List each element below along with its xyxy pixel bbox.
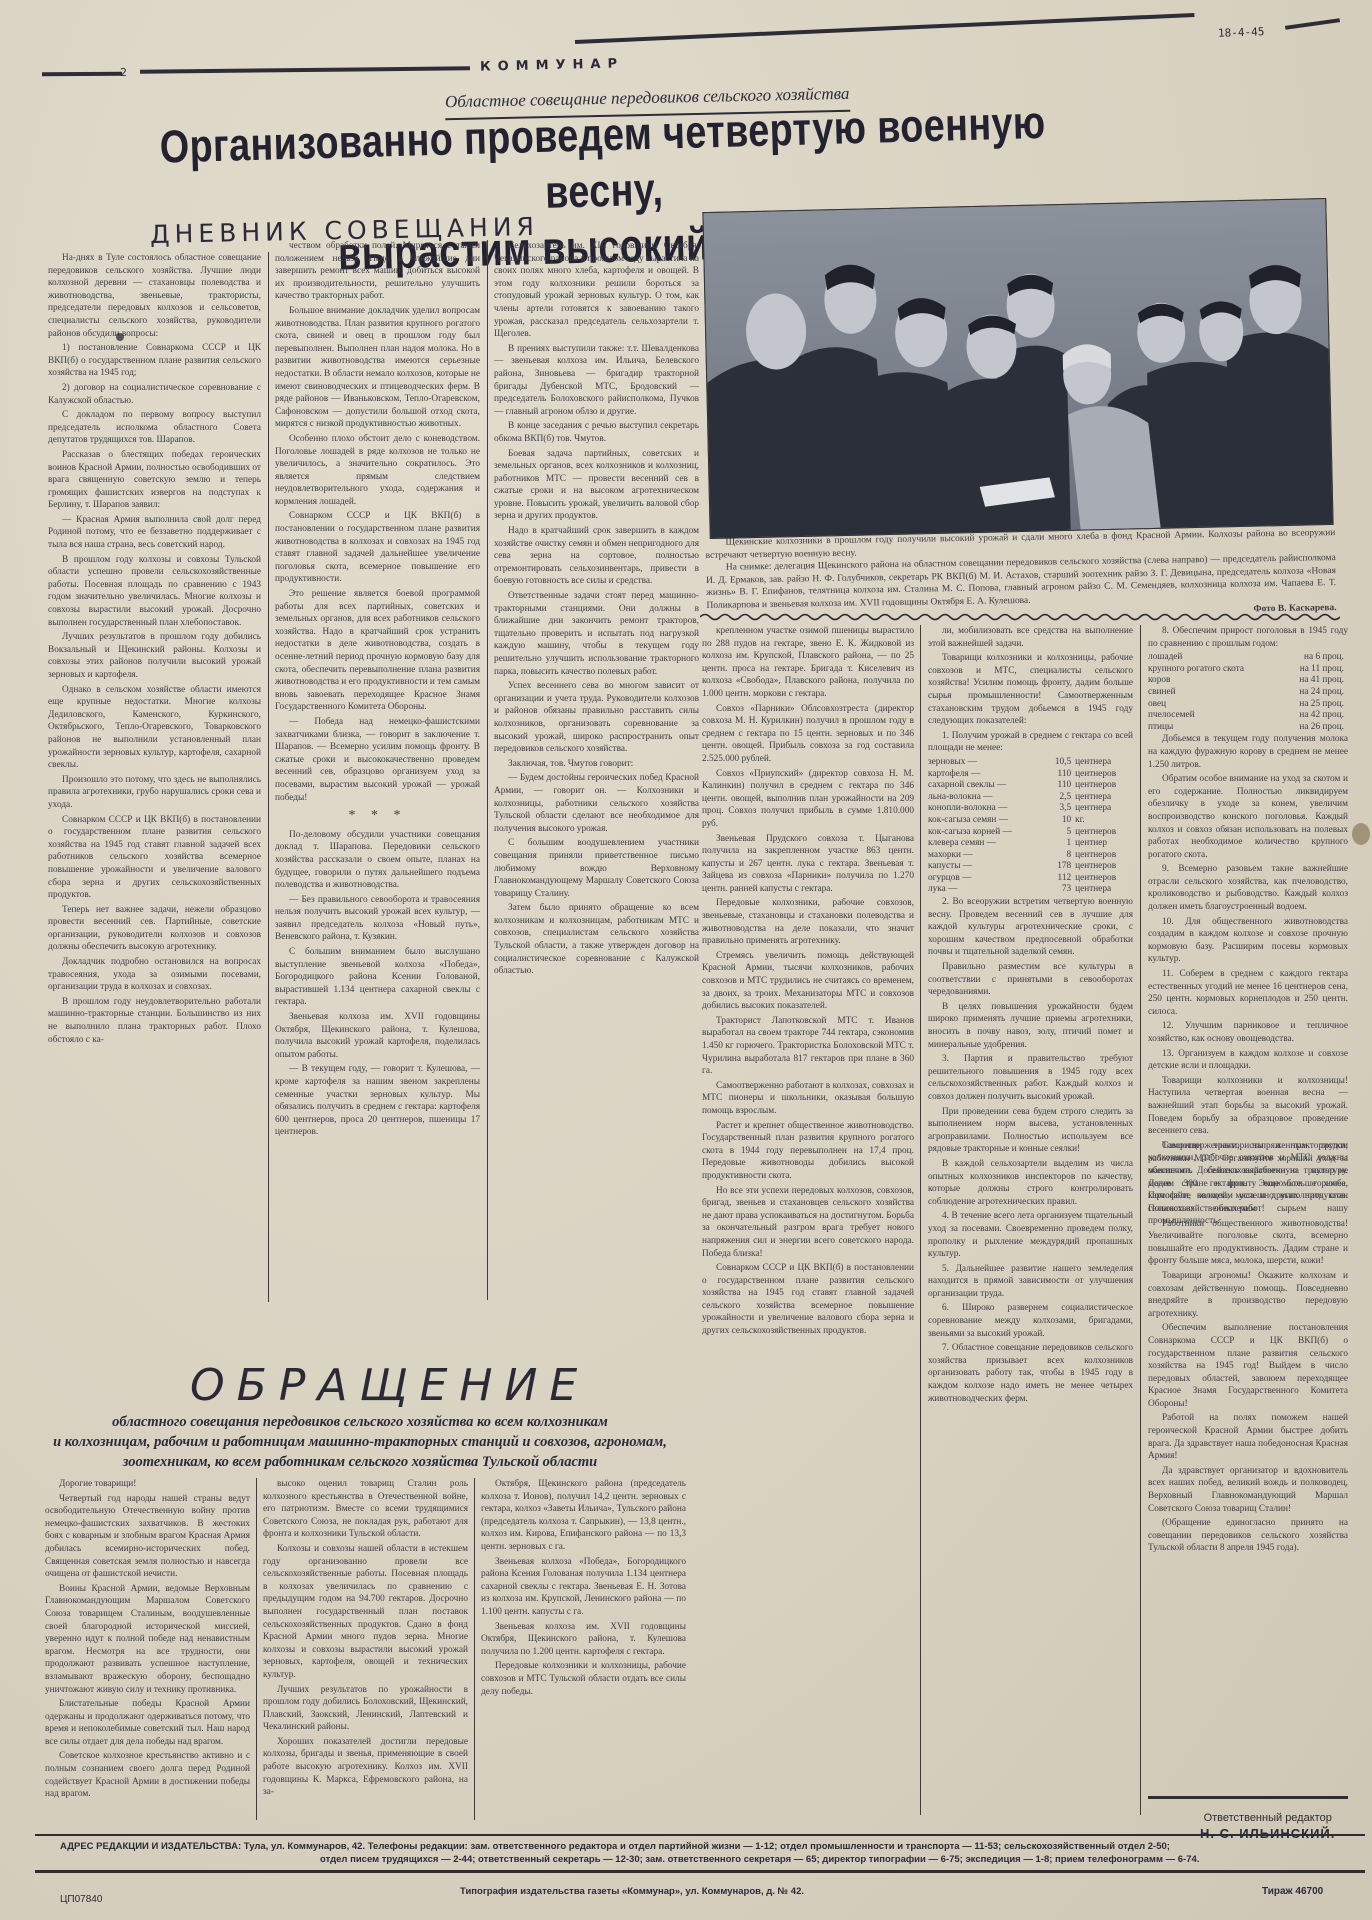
paragraph: 2) договор на социалистическое соревнова…	[48, 382, 261, 407]
paragraph: Да здравствует организатор и вдохновител…	[1148, 1465, 1348, 1515]
paragraph: — Красная Армия выполнила свой долг пере…	[48, 514, 261, 552]
column-divider	[487, 240, 488, 1300]
paragraph: 3. Партия и правительство требуют решите…	[928, 1053, 1133, 1103]
photo-caption: Щекинские колхозники в прошлом году полу…	[705, 527, 1336, 624]
caption-detail: На снимке: делегация Щекинского района н…	[706, 552, 1337, 612]
paragraph: Работники общественного животноводства! …	[1148, 1218, 1348, 1268]
paragraph: высоко оценил товарищ Сталин роль колхоз…	[263, 1478, 468, 1541]
paragraph: Колхозы и совхозы нашей области в истекш…	[263, 1543, 468, 1682]
printer-imprint: Типография издательства газеты «Коммунар…	[460, 1886, 804, 1897]
paragraph: Заключая, тов. Чмутов говорит:	[494, 758, 699, 771]
table-row: конопли-волокна —3,5центнера	[928, 803, 1133, 815]
paragraph: Хороших показателей достигли передовые к…	[263, 1736, 468, 1799]
livestock-animal: лошадей	[1148, 652, 1281, 664]
paragraph: Боевая задача партийных, советских и зем…	[494, 448, 699, 524]
paragraph: Звеньевая колхоза им. XVII годовщины Окт…	[275, 1011, 480, 1061]
appeal-column-2: высоко оценил товарищ Сталин роль колхоз…	[263, 1478, 468, 1818]
table-row: зерновых —10,5центнера	[928, 757, 1133, 769]
livestock-growth: на 41 проц.	[1281, 675, 1348, 687]
table-row: махорки —8центнеров	[928, 850, 1133, 862]
table-row: кок-сагыза корней —5центнеров	[928, 827, 1133, 839]
paragraph: Товарищи колхозники и колхозницы, рабочи…	[928, 652, 1133, 728]
paragraph: Дорогие товарищи!	[45, 1478, 250, 1491]
yield-value: 73	[1047, 884, 1076, 896]
livestock-animal: птицы	[1148, 722, 1281, 734]
newspaper-page: 2 КОММУНАР 18-4-45 Областное совещание п…	[0, 0, 1372, 1920]
column-divider	[268, 252, 269, 1302]
ink-blot	[116, 333, 124, 341]
yield-unit: центнера	[1075, 757, 1133, 769]
paragraph: Обеспечим выполнение постановления Совна…	[1148, 1322, 1348, 1410]
yield-unit: центнеров	[1075, 861, 1133, 873]
paragraph: Товарищи трактористы и трактористки, раб…	[1148, 1140, 1348, 1216]
paragraph: 9. Всемерно разовьем такие важнейшие отр…	[1148, 863, 1348, 913]
group-portrait-image	[703, 199, 1332, 538]
circulation: Тираж 46700	[1262, 1886, 1323, 1897]
table-row: огурцов —112центнеров	[928, 873, 1133, 885]
yield-value: 5	[1047, 827, 1076, 839]
table-row: капусты —178центнеров	[928, 861, 1133, 873]
delegation-photo	[702, 198, 1333, 539]
livestock-growth: на 11 проц.	[1281, 664, 1348, 676]
yield-crop: картофеля —	[928, 769, 1047, 781]
column-divider	[920, 625, 921, 1815]
yield-value: 2,5	[1047, 792, 1076, 804]
paragraph: Совхоз «Приупский» (директор совхоза Н. …	[702, 768, 914, 831]
table-row: овецна 25 проц.	[1148, 699, 1348, 711]
yield-unit: центнеров	[1075, 769, 1133, 781]
paragraph: Ответственные задачи стоят перед машинно…	[494, 590, 699, 678]
paragraph: В прениях выступили также: т.т. Шевалден…	[494, 343, 699, 419]
paragraph: Лучших результатов по урожайности в прош…	[263, 1684, 468, 1734]
paragraph: Особенно плохо обстоит дело с коневодств…	[275, 433, 480, 509]
yield-unit: центнеров	[1075, 827, 1133, 839]
livestock-animal: крупного рогатого скота	[1148, 664, 1281, 676]
yield-crop: льна-волокна —	[928, 792, 1047, 804]
paragraph: По-деловому обсудили участники совещания…	[275, 829, 480, 892]
signature-rule	[1148, 1796, 1348, 1799]
paragraph: Совнарком СССР и ЦК ВКП(б) в постановлен…	[275, 510, 480, 586]
paragraph: Звеньевая Прудского совхоза т. Цыганова …	[702, 833, 914, 896]
yield-value: 10	[1047, 815, 1076, 827]
yield-unit: центнеров	[1075, 850, 1133, 862]
appeal-title: ОБРАЩЕНИЕ	[190, 1360, 589, 1411]
paragraph: Товарищи агрономы! Окажите колхозам и со…	[1148, 1270, 1348, 1320]
paragraph: Совнарком СССР и ЦК ВКП(б) в постановлен…	[48, 814, 261, 902]
censor-code: ЦП07840	[60, 1894, 102, 1905]
paragraph: — Победа над немецко-фашистскими захватч…	[275, 716, 480, 804]
diary-column-3: Сельхозартель им. XIII годовщины Октября…	[494, 240, 699, 1300]
masthead-rule-left	[42, 72, 122, 76]
paragraph: (Обращение единогласно принято на совеща…	[1148, 1517, 1348, 1555]
paragraph: 10. Для общественного животноводства соз…	[1148, 916, 1348, 966]
appeal-column-3: Октября, Щекинского района (председатель…	[481, 1478, 686, 1818]
paragraph: Звеньевая колхоза им. XVII годовщины Окт…	[481, 1621, 686, 1659]
diary-column-1: На-днях в Туле состоялось областное сове…	[48, 252, 261, 1302]
yield-unit: кг.	[1075, 815, 1133, 827]
yield-crop: кок-сагыза семян —	[928, 815, 1047, 827]
paragraph: Успех весеннего сева во многом зависит о…	[494, 680, 699, 756]
paragraph: Затем было принято обращение ко всем кол…	[494, 902, 699, 978]
paragraph: Лучших результатов в прошлом году добили…	[48, 631, 261, 681]
address-line-2: отдел писем трудящихся — 2-44; ответстве…	[60, 1853, 1360, 1866]
paragraph: 1. Получим урожай в среднем с гектара со…	[928, 730, 1133, 755]
paragraph: Однако в сельском хозяйстве области имею…	[48, 684, 261, 772]
paragraph: С большим воодушевлением участники совещ…	[494, 837, 699, 900]
paragraph: В конце заседания с речью выступил секре…	[494, 420, 699, 445]
paragraph: На-днях в Туле состоялось областное сове…	[48, 252, 261, 340]
issue-date: 18-4-45	[1218, 25, 1265, 40]
paragraph: Тракторист Лапотковской МТС т. Иванов вы…	[702, 1015, 914, 1078]
yield-value: 10,5	[1047, 757, 1076, 769]
paragraph: Обратим особое внимание на уход за ското…	[1148, 773, 1348, 861]
table-row: коровна 41 проц.	[1148, 675, 1348, 687]
livestock-growth: на 24 проц.	[1281, 687, 1348, 699]
livestock-growth: на 42 проц.	[1281, 710, 1348, 722]
paragraph: Но все эти успехи передовых колхозов, со…	[702, 1185, 914, 1261]
yield-crop: капусты —	[928, 861, 1047, 873]
yield-unit: центнера	[1075, 884, 1133, 896]
wavy-divider	[700, 612, 1340, 622]
appeal-column-1: Дорогие товарищи!Четвертый год народы на…	[45, 1478, 250, 1818]
paragraph: чеством обработки полей. Мириться с таки…	[275, 240, 480, 303]
paragraph: Товарищи колхозники и колхозницы! Наступ…	[1148, 1075, 1348, 1138]
column-divider	[1140, 625, 1141, 1815]
page-number: 2	[120, 66, 127, 79]
table-row: лошадейна 6 проц.	[1148, 652, 1348, 664]
yield-value: 110	[1047, 780, 1076, 792]
appeal-column-4: Товарищи трактористы и трактористки, раб…	[1148, 1140, 1348, 1780]
paragraph: * * *	[275, 810, 480, 823]
paragraph: В прошлом году колхозы и совхозы Тульско…	[48, 554, 261, 630]
paragraph: Совхоз «Парники» Облсовхозтреста (директ…	[702, 703, 914, 766]
livestock-animal: коров	[1148, 675, 1281, 687]
paragraph: Произошло это потому, что здесь не выпол…	[48, 774, 261, 812]
yield-crop: лука —	[928, 884, 1047, 896]
appeal-subtitle-line-2: и колхозницам, рабочим и работницам маши…	[40, 1432, 680, 1452]
editor-title: Ответственный редактор	[1200, 1810, 1335, 1826]
yield-value: 3,5	[1047, 803, 1076, 815]
paragraph: Стремясь увеличить помощь действующей Кр…	[702, 950, 914, 1013]
table-row: кок-сагыза семян —10кг.	[928, 815, 1133, 827]
paragraph: — В текущем году, — говорит т. Кулешова,…	[275, 1063, 480, 1139]
paragraph: 2. Во всеоружии встретим четвертую военн…	[928, 896, 1133, 959]
masthead-rule-far-right	[1285, 18, 1340, 30]
results-column: крепленном участке озимой пшеницы выраст…	[702, 625, 914, 1815]
paragraph: Теперь нет важнее задачи, нежели образцо…	[48, 904, 261, 954]
diary-column-2: чеством обработки полей. Мириться с таки…	[275, 240, 480, 1300]
yield-targets-table: зерновых —10,5центнеракартофеля —110цент…	[928, 757, 1133, 896]
paragraph: Блистательные победы Красной Армии одерж…	[45, 1698, 250, 1748]
yield-value: 112	[1047, 873, 1076, 885]
table-row: птицына 26 проц.	[1148, 722, 1348, 734]
paragraph: — Без правильного севооборота и травосея…	[275, 894, 480, 944]
paper-hole	[1352, 823, 1370, 845]
paragraph: В прошлом году неудовлетворительно работ…	[48, 996, 261, 1046]
paragraph: ли, мобилизовать все средства на выполне…	[928, 625, 1133, 650]
yield-crop: клевера семян —	[928, 838, 1047, 850]
livestock-animal: овец	[1148, 699, 1281, 711]
paragraph: Октября, Щекинского района (председатель…	[481, 1478, 686, 1554]
yield-crop: кок-сагыза корней —	[928, 827, 1047, 839]
paragraph: Звеньевая колхоза «Победа», Богородицког…	[481, 1556, 686, 1619]
paragraph: Правильно разместим все культуры в соотв…	[928, 961, 1133, 999]
livestock-growth: на 25 проц.	[1281, 699, 1348, 711]
table-row: свинейна 24 проц.	[1148, 687, 1348, 699]
paragraph: 13. Организуем в каждом колхозе и совхоз…	[1148, 1048, 1348, 1073]
yield-unit: центнеров	[1075, 780, 1133, 792]
paragraph: 11. Соберем в среднем с каждого гектара …	[1148, 968, 1348, 1018]
livestock-growth-table: лошадейна 6 проц.крупного рогатого скота…	[1148, 652, 1348, 733]
paragraph: В целях повышения урожайности будем широ…	[928, 1001, 1133, 1051]
yield-crop: конопли-волокна —	[928, 803, 1047, 815]
yield-value: 1	[1047, 838, 1076, 850]
table-row: картофеля —110центнеров	[928, 769, 1133, 781]
paragraph: 4. В течение всего лета организуем тщате…	[928, 1210, 1133, 1260]
column-divider	[256, 1478, 257, 1820]
yield-unit: центнер	[1075, 838, 1133, 850]
address-line-1: АДРЕС РЕДАКЦИИ И ИЗДАТЕЛЬСТВА: Тула, ул.…	[60, 1840, 1360, 1853]
paragraph: 12. Улучшим парниковое и тепличное хозяй…	[1148, 1020, 1348, 1045]
yield-unit: центнера	[1075, 792, 1133, 804]
paragraph: С большим вниманием было выслушано высту…	[275, 946, 480, 1009]
table-row: пчелосемейна 42 проц.	[1148, 710, 1348, 722]
yield-unit: центнера	[1075, 803, 1133, 815]
masthead-rule-right	[575, 13, 1195, 44]
appeal-subtitle-line-3: зоотехникам, ко всем работникам сельског…	[40, 1452, 680, 1472]
paragraph: Воины Красной Армии, ведомые Верховным Г…	[45, 1583, 250, 1696]
editor-signature: Ответственный редактор Н. С. ИЛЬИНСКИЙ.	[1200, 1810, 1335, 1842]
table-row: льна-волокна —2,5центнера	[928, 792, 1133, 804]
paragraph: Докладчик подробно остановился на вопрос…	[48, 956, 261, 994]
editorial-address: АДРЕС РЕДАКЦИИ И ИЗДАТЕЛЬСТВА: Тула, ул.…	[60, 1840, 1360, 1866]
table-row: крупного рогатого скотана 11 проц.	[1148, 664, 1348, 676]
yield-unit: центнеров	[1075, 873, 1133, 885]
appeal-subtitle: областного совещания передовиков сельско…	[40, 1412, 680, 1472]
paragraph: Советское колхозное крестьянство активно…	[45, 1750, 250, 1800]
paragraph: Самоотверженно работают в колхозах, совх…	[702, 1080, 914, 1118]
yield-crop: огурцов —	[928, 873, 1047, 885]
paragraph: Надо в кратчайший срок завершить в каждо…	[494, 525, 699, 588]
paragraph: С докладом по первому вопросу выступил п…	[48, 409, 261, 447]
yield-crop: зерновых —	[928, 757, 1047, 769]
paragraph: 7. Областное совещание передовиков сельс…	[928, 1342, 1133, 1405]
paragraph: Совнарком СССР и ЦК ВКП(б) в постановлен…	[702, 1262, 914, 1338]
appeal-subtitle-line-1: областного совещания передовиков сельско…	[40, 1412, 680, 1432]
livestock-animal: пчелосемей	[1148, 710, 1281, 722]
paragraph: Передовые колхозники, рабочие совхозов, …	[702, 897, 914, 947]
footer-rule-bottom	[35, 1870, 1365, 1873]
paragraph: Передовые колхозники и колхозницы, рабоч…	[481, 1660, 686, 1698]
table-row: сахарной свеклы —110центнеров	[928, 780, 1133, 792]
paragraph: Работой на полях поможем нашей героическ…	[1148, 1412, 1348, 1462]
paragraph: 5. Дальнейшее развитие нашего земледелия…	[928, 1263, 1133, 1301]
paragraph: При проведении сева будем строго следить…	[928, 1106, 1133, 1156]
newspaper-name: КОММУНАР	[480, 56, 624, 74]
tasks-column: ли, мобилизовать все средства на выполне…	[928, 625, 1133, 1815]
table-row: клевера семян —1центнер	[928, 838, 1133, 850]
paragraph: Сельхозартель им. XIII годовщины Октября…	[494, 240, 699, 341]
column-divider	[474, 1478, 475, 1820]
livestock-growth: на 6 проц.	[1281, 652, 1348, 664]
footer-rule-top	[35, 1834, 1365, 1836]
paragraph: В каждой сельхозартели выделим из числа …	[928, 1158, 1133, 1208]
paragraph: крепленном участке озимой пшеницы выраст…	[702, 625, 914, 701]
paragraph: Четвертый год народы нашей страны ведут …	[45, 1493, 250, 1581]
masthead-rule-mid	[140, 66, 470, 73]
paragraph: Рассказав о блестящих победах героически…	[48, 449, 261, 512]
livestock-growth: на 26 проц.	[1281, 722, 1348, 734]
paragraph: Добьемся в текущем году получения молока…	[1148, 733, 1348, 771]
paragraph: 1) постановление Совнаркома СССР и ЦК ВК…	[48, 342, 261, 380]
table-row: лука —73центнера	[928, 884, 1133, 896]
yield-value: 110	[1047, 769, 1076, 781]
paragraph: 6. Широко развернем социалистическое сор…	[928, 1302, 1133, 1340]
paragraph: — Будем достойны героических побед Красн…	[494, 772, 699, 835]
yield-crop: махорки —	[928, 850, 1047, 862]
paragraph: Растет и крепнет общественное животновод…	[702, 1120, 914, 1183]
paragraph: Большое внимание докладчик уделил вопрос…	[275, 305, 480, 431]
yield-value: 178	[1047, 861, 1076, 873]
paragraph: Это решение является боевой программой р…	[275, 588, 480, 714]
yield-value: 8	[1047, 850, 1076, 862]
yield-crop: сахарной свеклы —	[928, 780, 1047, 792]
livestock-animal: свиней	[1148, 687, 1281, 699]
paragraph: 8. Обеспечим прирост поголовья в 1945 го…	[1148, 625, 1348, 650]
